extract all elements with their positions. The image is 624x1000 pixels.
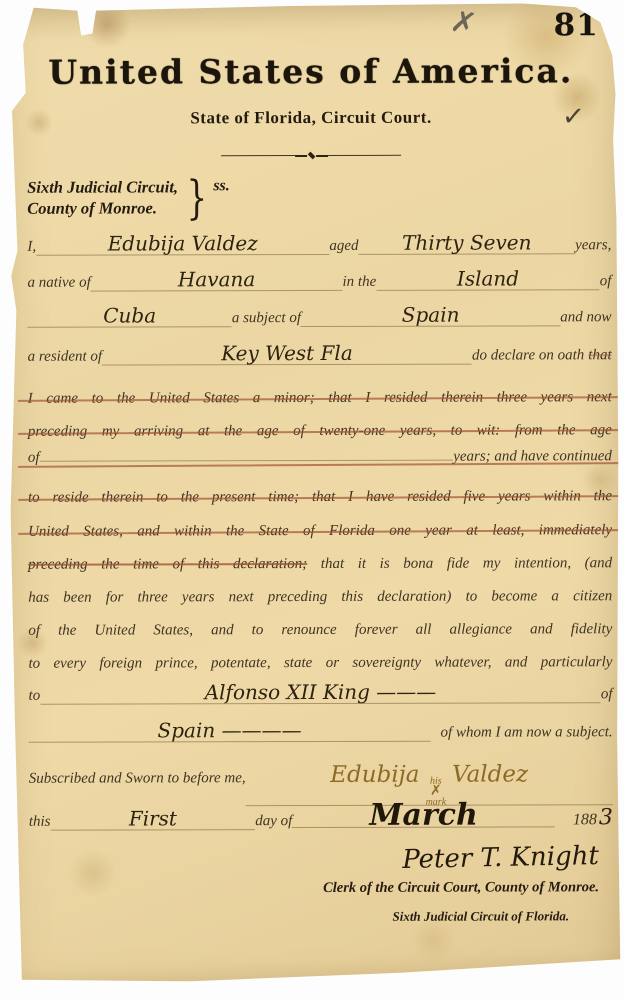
divider-rule-right: [328, 155, 402, 156]
his-mark-stack: his ✗ mark: [426, 777, 447, 807]
printed-to: to: [28, 688, 40, 705]
struck-line-2: preceding my arriving at the age of twen…: [28, 415, 612, 450]
printed-of-2: of: [601, 686, 613, 703]
venue-lines: Sixth Judicial Circuit, County of Monroe…: [27, 176, 178, 218]
clerk-circuit: Sixth Judicial Circuit of Florida.: [1, 908, 569, 925]
line-citizen-1: has been for three years next preceding …: [28, 581, 612, 616]
ornament-divider: [221, 152, 401, 159]
struck-line-blank: of years; and have continued: [28, 448, 612, 483]
struck-text-4: United States, and within the State of F…: [28, 522, 612, 540]
scan-background: ✗ 81 ✓ United States of America. State o…: [0, 0, 624, 1000]
residence: Key West Fla: [102, 343, 472, 366]
day-written: First: [50, 808, 255, 831]
venue-brace: }: [186, 175, 207, 219]
line-declarant: I, Edubija Valdez aged Thirty Seven year…: [27, 232, 611, 270]
divider-rule-left: [221, 155, 295, 156]
line-resident: a resident of Key West Fla do declare on…: [28, 342, 612, 384]
printed-and-now: and now: [560, 309, 611, 326]
declarant-age: Thirty Seven: [358, 232, 575, 255]
handwritten-year-digit: 3: [599, 805, 613, 830]
line-citizen-2: of the United States, and to renounce fo…: [28, 614, 612, 649]
birth-city: Havana: [91, 269, 343, 292]
printed-year-188: 188: [573, 811, 597, 829]
printed-this: this: [29, 814, 51, 831]
document-subtitle: State of Florida, Circuit Court.: [0, 107, 623, 129]
venue-block: Sixth Judicial Circuit, County of Monroe…: [27, 174, 623, 220]
document-title: United States of America.: [0, 51, 623, 92]
struck-line-4: United States, and within the State of F…: [28, 515, 612, 550]
venue-ss: ss.: [213, 177, 230, 195]
struck-text-3: to reside therein to the present time; t…: [28, 488, 612, 506]
printed-in-the: in the: [342, 274, 376, 291]
struck-line-1: I came to the United States a minor; tha…: [28, 382, 612, 417]
printed-aged: aged: [329, 238, 358, 255]
pencil-x-mark: ✗: [447, 3, 479, 42]
printed-citizen-3: to every foreign prince, potentate, stat…: [28, 654, 612, 672]
line-ruler: to Alfonso XII King ——— of: [28, 681, 612, 721]
struck-text-5: preceding the time of this declaration;: [28, 556, 307, 573]
declarant-name: Edubija Valdez: [36, 233, 329, 256]
signature-first-name: Edubija: [330, 762, 419, 788]
printed-years: years,: [575, 237, 611, 254]
page-number: 81: [554, 7, 599, 43]
printed-citizen-1: has been for three years next preceding …: [28, 588, 612, 606]
struck-blank: [40, 459, 454, 462]
printed-citizen-2: of the United States, and to renounce fo…: [28, 621, 612, 639]
venue-county: County of Monroe.: [27, 197, 178, 218]
struck-years-continued: years; and have continued: [453, 448, 612, 465]
divider-diamond: [307, 152, 315, 160]
declarant-signature-line: Edubija his ✗ mark Valdez: [246, 761, 613, 806]
venue-circuit: Sixth Judicial Circuit,: [27, 176, 178, 197]
sworn-label: Subscribed and Sworn to before me,: [29, 770, 246, 788]
printed-day-of: day of: [255, 813, 292, 830]
printed-subject-of: a subject of: [232, 310, 301, 327]
line-nation: Spain ———— of whom I am now a subject.: [29, 719, 613, 757]
ruler-nation: Spain ————: [29, 720, 431, 743]
clerk-title: Clerk of the Circuit Court, County of Mo…: [1, 879, 599, 902]
line-partial-struck: preceding the time of this declaration; …: [28, 548, 612, 583]
declaration-body: I, Edubija Valdez aged Thirty Seven year…: [27, 232, 612, 757]
divider-tick-left: [295, 155, 307, 157]
printed-that-struck: that: [588, 347, 611, 364]
birth-region: Island: [376, 268, 600, 291]
struck-text-2: preceding my arriving at the age of twen…: [28, 422, 612, 440]
line-native: a native of Havana in the Island of: [27, 268, 611, 306]
struck-text-1: I came to the United States a minor; tha…: [28, 389, 612, 407]
month-written: March: [292, 805, 555, 828]
printed-of: of: [600, 273, 612, 290]
printed-resident-of: a resident of: [28, 349, 102, 366]
signature-last-name: Valdez: [452, 761, 528, 787]
birth-country: Cuba: [27, 305, 231, 328]
line-country: Cuba a subject of Spain and now: [27, 304, 611, 344]
struck-of: of: [28, 450, 40, 467]
divider-tick-right: [316, 154, 328, 156]
printed-bona-fide: that it is bona fide my intention, (and: [321, 555, 612, 572]
foreign-ruler: Alfonso XII King ———: [40, 681, 601, 704]
struck-line-3: to reside therein to the present time; t…: [28, 481, 612, 517]
printed-now-subject: of whom I am now a subject.: [441, 724, 613, 741]
printed-i: I,: [27, 239, 36, 256]
document-paper: ✗ 81 ✓ United States of America. State o…: [0, 0, 624, 1000]
printed-declare-oath: do declare on oath: [472, 347, 584, 364]
line-citizen-3: to every foreign prince, potentate, stat…: [28, 647, 612, 683]
check-mark: ✓: [561, 101, 586, 133]
allegiance-nation: Spain: [301, 304, 560, 327]
printed-native-of: a native of: [27, 275, 90, 292]
mark-label: mark: [426, 798, 447, 807]
attestation-row: Subscribed and Sworn to before me, Edubi…: [29, 761, 613, 805]
